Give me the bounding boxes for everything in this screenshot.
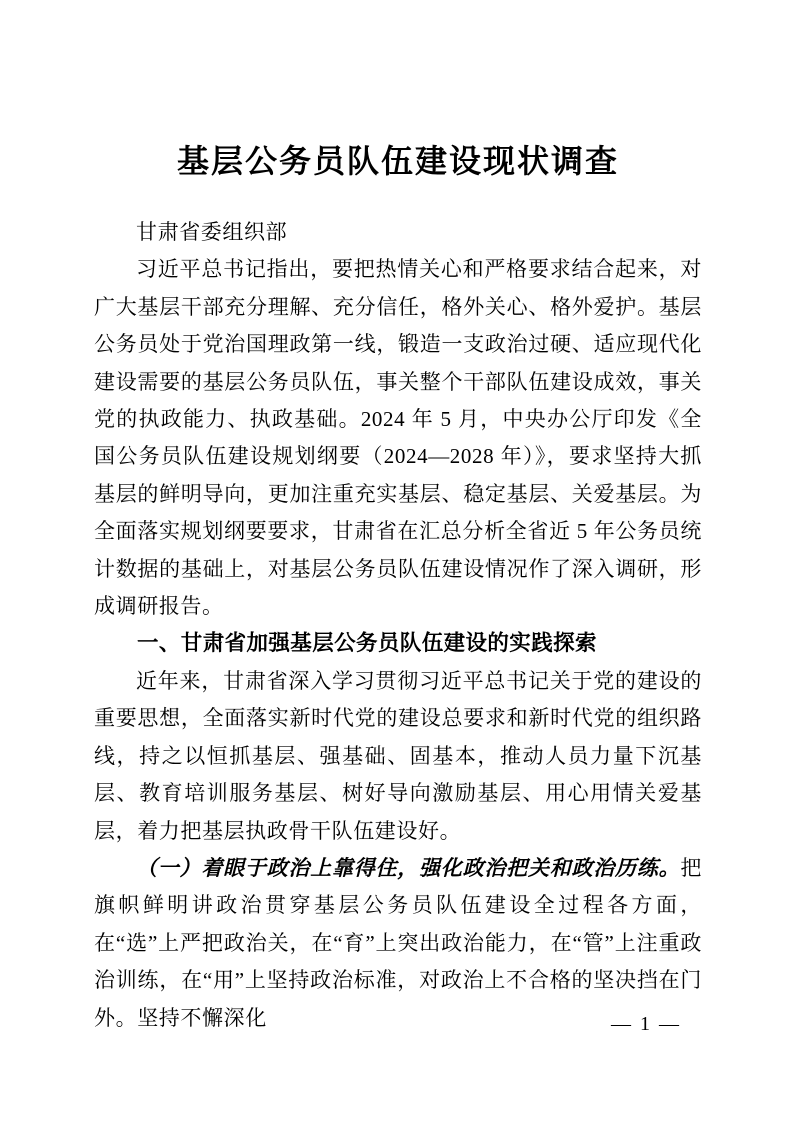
subsection-1-text: 把旗帜鲜明讲政治贯穿基层公务员队伍建设全过程各方面，在“选”上严把政治关，在“育…: [94, 856, 702, 1030]
page-number: — 1 —: [611, 1010, 681, 1038]
section-1-paragraph: 近年来，甘肃省深入学习贯彻习近平总书记关于党的建设的重要思想，全面落实新时代党的…: [94, 663, 702, 850]
subsection-1-paragraph: （一）着眼于政治上靠得住，强化政治把关和政治历练。把旗帜鲜明讲政治贯穿基层公务员…: [94, 850, 702, 1037]
document-content: 基层公务员队伍建设现状调查 甘肃省委组织部 习近平总书记指出，要把热情关心和严格…: [94, 140, 702, 1037]
subsection-1-lead: （一）着眼于政治上靠得住，强化政治把关和政治历练。: [136, 856, 680, 880]
intro-paragraph: 习近平总书记指出，要把热情关心和严格要求结合起来，对广大基层干部充分理解、充分信…: [94, 251, 702, 625]
document-page: 基层公务员队伍建设现状调查 甘肃省委组织部 习近平总书记指出，要把热情关心和严格…: [0, 0, 793, 1122]
page-title: 基层公务员队伍建设现状调查: [94, 140, 702, 182]
section-1-heading: 一、甘肃省加强基层公务员队伍建设的实践探索: [94, 625, 702, 662]
author-byline: 甘肃省委组织部: [94, 214, 702, 251]
